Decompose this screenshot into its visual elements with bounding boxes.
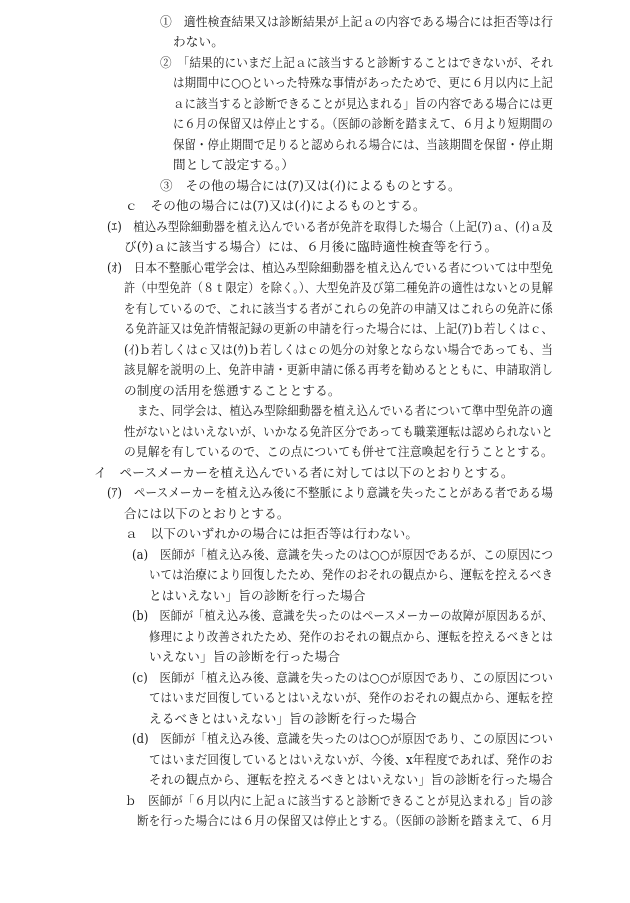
text-line: 性がないとはいえないが、いかなる免許区分であっても職業運転は認められないと — [124, 422, 553, 442]
text-line: に６月の保留又は停止とする。（医師の診断を踏まえて、６月より短期間の — [173, 114, 553, 134]
text-line: び(ｳ)ａに該当する場合）には、６月後に臨時適性検査等を行う。 — [124, 237, 497, 257]
text-line: ③ その他の場合には(ｱ)又は(ｲ)によるものとする。 — [160, 176, 461, 196]
text-line: (ｱ) ペースメーカーを植え込み後に不整脈により意識を失ったことがある者である場 — [107, 483, 553, 503]
text-line: (a) 医師が「植え込み後、意識を失ったのは○○が原因であるが、この原因につ — [132, 545, 553, 565]
text-line: いえない」旨の診断を行った場合 — [149, 647, 340, 667]
text-line: は期間中に○○といった特殊な事情があったためで、更に６月以内に上記 — [173, 73, 553, 93]
text-line: の見解を有しているので、この点についても併せて注意喚起を行うこととする。 — [124, 442, 553, 462]
text-line: 合には以下のとおりとする。 — [124, 504, 290, 524]
text-line: (d) 医師が「植え込み後、意識を失ったのは○○が原因であり、この原因につい — [132, 729, 553, 749]
text-line: えるべきとはいえない」旨の診断を行った場合 — [149, 709, 417, 729]
document-page: ① 適性検査結果又は診断結果が上記ａの内容である場合には拒否等は行わない。② 「… — [0, 0, 630, 903]
text-line: 断を行った場合には６月の保留又は停止とする。（医師の診断を踏まえて、６月 — [137, 811, 553, 831]
text-line: (ｵ) 日本不整脈心電学会は、植込み型除細動器を植え込んでいる者については中型免 — [107, 258, 553, 278]
text-line: それの観点から、運転を控えるべきとはいえない」旨の診断を行った場合 — [149, 770, 553, 790]
text-line: いては治療により回復したため、発作のおそれの観点から、運転を控えるべき — [149, 565, 553, 585]
text-line: 保留・停止期間で足りると認められる場合には、当該期間を保留・停止期 — [173, 135, 553, 155]
text-line: イ ペースメーカーを植え込んでいる者に対しては以下のとおりとする。 — [94, 463, 514, 483]
text-line: ａに該当すると診断できることが見込まれる」旨の内容である場合には更 — [173, 94, 553, 114]
text-line: る免許証又は免許情報記録の更新の申請を行った場合には、上記(ｱ)ｂ若しくはｃ、 — [124, 319, 553, 339]
text-line: を有しているので、これに該当する者がこれらの免許の申請又はこれらの免許に係 — [124, 299, 553, 319]
text-line: (c) 医師が「植え込み後、意識を失ったのは○○が原因であり、この原因につい — [132, 668, 553, 688]
text-line: ａ 以下のいずれかの場合には拒否等は行わない。 — [125, 524, 418, 544]
text-line: 修理により改善されたため、発作のおそれの観点から、運転を控えるべきとは — [149, 627, 553, 647]
text-line: てはいまだ回復しているとはいえないが、今後、x年程度であれば、発作のお — [149, 750, 553, 770]
text-line: また、同学会は、植込み型除細動器を植え込んでいる者について準中型免許の適 — [137, 401, 553, 421]
text-line: ｂ 医師が「６月以内に上記ａに該当すると診断できることが見込まれる」旨の診 — [125, 791, 553, 811]
text-line: てはいまだ回復しているとはいえないが、発作のおそれの観点から、運転を控 — [149, 688, 553, 708]
text-line: 該見解を説明の上、免許申請・更新申請に係る再考を勧めるとともに、申請取消し — [124, 360, 553, 380]
text-line: ② 「結果的にいまだ上記ａに該当すると診断することはできないが、それ — [160, 53, 553, 73]
text-line: わない。 — [173, 32, 224, 52]
text-line: とはいえない」旨の診断を行った場合 — [149, 586, 366, 606]
text-line: ① 適性検査結果又は診断結果が上記ａの内容である場合には拒否等は行 — [160, 12, 553, 32]
text-line: 間として設定する。） — [173, 155, 294, 175]
text-line: (b) 医師が「植え込み後、意識を失ったのはペースメーカーの故障が原因あるが、 — [132, 606, 553, 626]
text-line: (ｲ)ｂ若しくはｃ又は(ｳ)ｂ若しくはｃの処分の対象とならない場合であっても、当 — [124, 340, 553, 360]
text-line: 許（中型免許（８ｔ限定）を除く。）、大型免許及び第二種免許の適性はないとの見解 — [124, 278, 553, 298]
text-line: の制度の活用を慫慂することとする。 — [124, 381, 341, 401]
text-line: ｃ その他の場合には(ｱ)又は(ｲ)によるものとする。 — [125, 196, 426, 216]
text-line: (ｴ) 植込み型除細動器を植え込んでいる者が免許を取得した場合（上記(ｱ)ａ、(… — [107, 217, 553, 237]
